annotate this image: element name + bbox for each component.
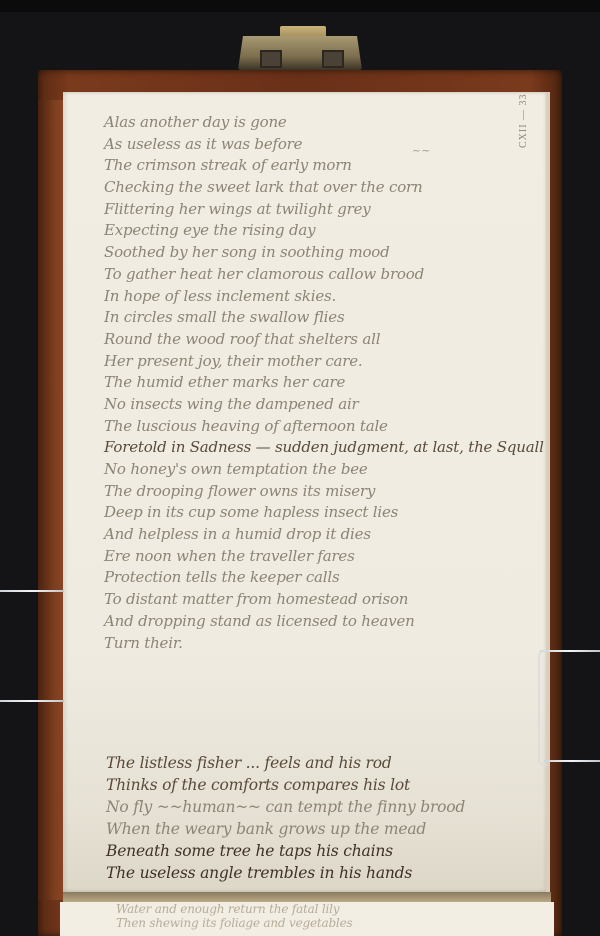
verse-line: As useless as it was before	[104, 134, 524, 156]
next-page-line: Then shewing its foliage and vegetables	[60, 916, 554, 930]
mount-strap	[544, 760, 600, 762]
verse-line: The crimson streak of early morn	[104, 155, 524, 177]
mount-strap-loop	[538, 650, 548, 766]
verse-line: Ere noon when the traveller fares	[104, 546, 524, 568]
verse-line: To distant matter from homestead orison	[104, 589, 524, 611]
verse-line: When the weary bank grows up the mead	[106, 818, 526, 840]
verse-line: Deep in its cup some hapless insect lies	[104, 502, 524, 524]
verse-line: To gather heat her clamorous callow broo…	[104, 264, 524, 286]
verse-line: Expecting eye the rising day	[104, 220, 524, 242]
verse-line: Protection tells the keeper calls	[104, 567, 524, 589]
page-fold	[63, 892, 551, 902]
background-band	[0, 0, 600, 12]
verse-line: Her present joy, their mother care.	[104, 351, 524, 373]
verse-line: No insects wing the dampened air	[104, 394, 524, 416]
mount-strap	[0, 700, 64, 702]
verse-line: No fly ~~human~~ can tempt the finny bro…	[106, 796, 526, 818]
verse-line: Checking the sweet lark that over the co…	[104, 177, 524, 199]
clasp-rivet-icon	[260, 50, 282, 68]
verse-line: Round the wood roof that shelters all	[104, 329, 524, 351]
brass-clasp	[238, 26, 362, 72]
verse-line: Soothed by her song in soothing mood	[104, 242, 524, 264]
mount-strap	[0, 590, 64, 592]
verse-line: No honey's own temptation the bee	[104, 459, 524, 481]
clasp-rivet-icon	[322, 50, 344, 68]
verse-1: Alas another day is gone As useless as i…	[104, 112, 524, 654]
verse-line: Flittering her wings at twilight grey	[104, 199, 524, 221]
verse-line: In circles small the swallow flies	[104, 307, 524, 329]
verse-line: The humid ether marks her care	[104, 372, 524, 394]
verse-line: Thinks of the comforts compares his lot	[106, 774, 526, 796]
verse-line: And helpless in a humid drop it dies	[104, 524, 524, 546]
verse-line: Foretold in Sadness — sudden judgment, a…	[104, 437, 524, 459]
verse-line: Beneath some tree he taps his chains	[106, 840, 526, 862]
mount-strap	[540, 650, 600, 652]
verse-line: The drooping flower owns its misery	[104, 481, 524, 503]
next-page-strip: Water and enough return the fatal lily T…	[60, 902, 554, 936]
verse-line: And dropping stand as licensed to heaven	[104, 611, 524, 633]
cover-spine-edge	[38, 100, 64, 900]
verse-line: The useless angle trembles in his hands	[106, 862, 526, 884]
verse-line: In hope of less inclement skies.	[104, 286, 524, 308]
verse-line: The listless fisher ... feels and his ro…	[106, 752, 526, 774]
next-page-line: Water and enough return the fatal lily	[60, 902, 554, 916]
verse-line: The luscious heaving of afternoon tale	[104, 416, 524, 438]
page-edge	[546, 92, 550, 892]
verse-line: Alas another day is gone	[104, 112, 524, 134]
verse-line: Turn their.	[104, 633, 524, 655]
verse-2: The listless fisher ... feels and his ro…	[106, 752, 526, 884]
